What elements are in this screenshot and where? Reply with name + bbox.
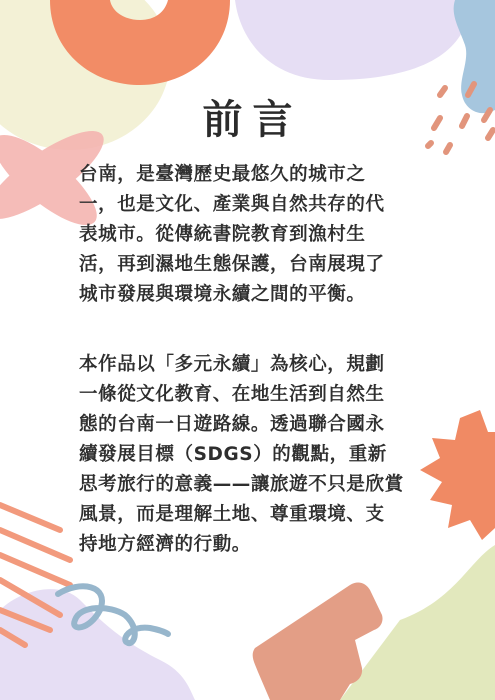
text-line: 持地方經濟的行動。 [79,530,419,560]
text-line: 活，再到濕地生態保護，台南展現了 [79,250,419,280]
text-line: 表城市。從傳統書院教育到漁村生 [79,220,419,250]
paragraph-purpose: 本作品以「多元永續」為核心，規劃 一條從文化教育、在地生活到自然生 態的台南一日… [79,350,419,560]
page-title: 前言 [0,88,495,145]
text-line: 城市發展與環境永續之間的平衡。 [79,280,419,310]
paragraph-intro: 台南，是臺灣歷史最悠久的城市之 一，也是文化、產業與自然共存的代 表城市。從傳統… [79,160,419,310]
text-line: 本作品以「多元永續」為核心，規劃 [79,350,419,380]
document-page: 前言 台南，是臺灣歷史最悠久的城市之 一，也是文化、產業與自然共存的代 表城市。… [0,0,495,700]
text-line: 續發展目標（SDGS）的觀點，重新 [79,440,419,470]
text-line: 態的台南一日遊路線。透過聯合國永 [79,410,419,440]
text-line: 一條從文化教育、在地生活到自然生 [79,380,419,410]
text-line: 思考旅行的意義——讓旅遊不只是欣賞 [79,470,419,500]
text-line: 一，也是文化、產業與自然共存的代 [79,190,419,220]
text-line: 台南，是臺灣歷史最悠久的城市之 [79,160,419,190]
text-line: 風景，而是理解土地、尊重環境、支 [79,500,419,530]
